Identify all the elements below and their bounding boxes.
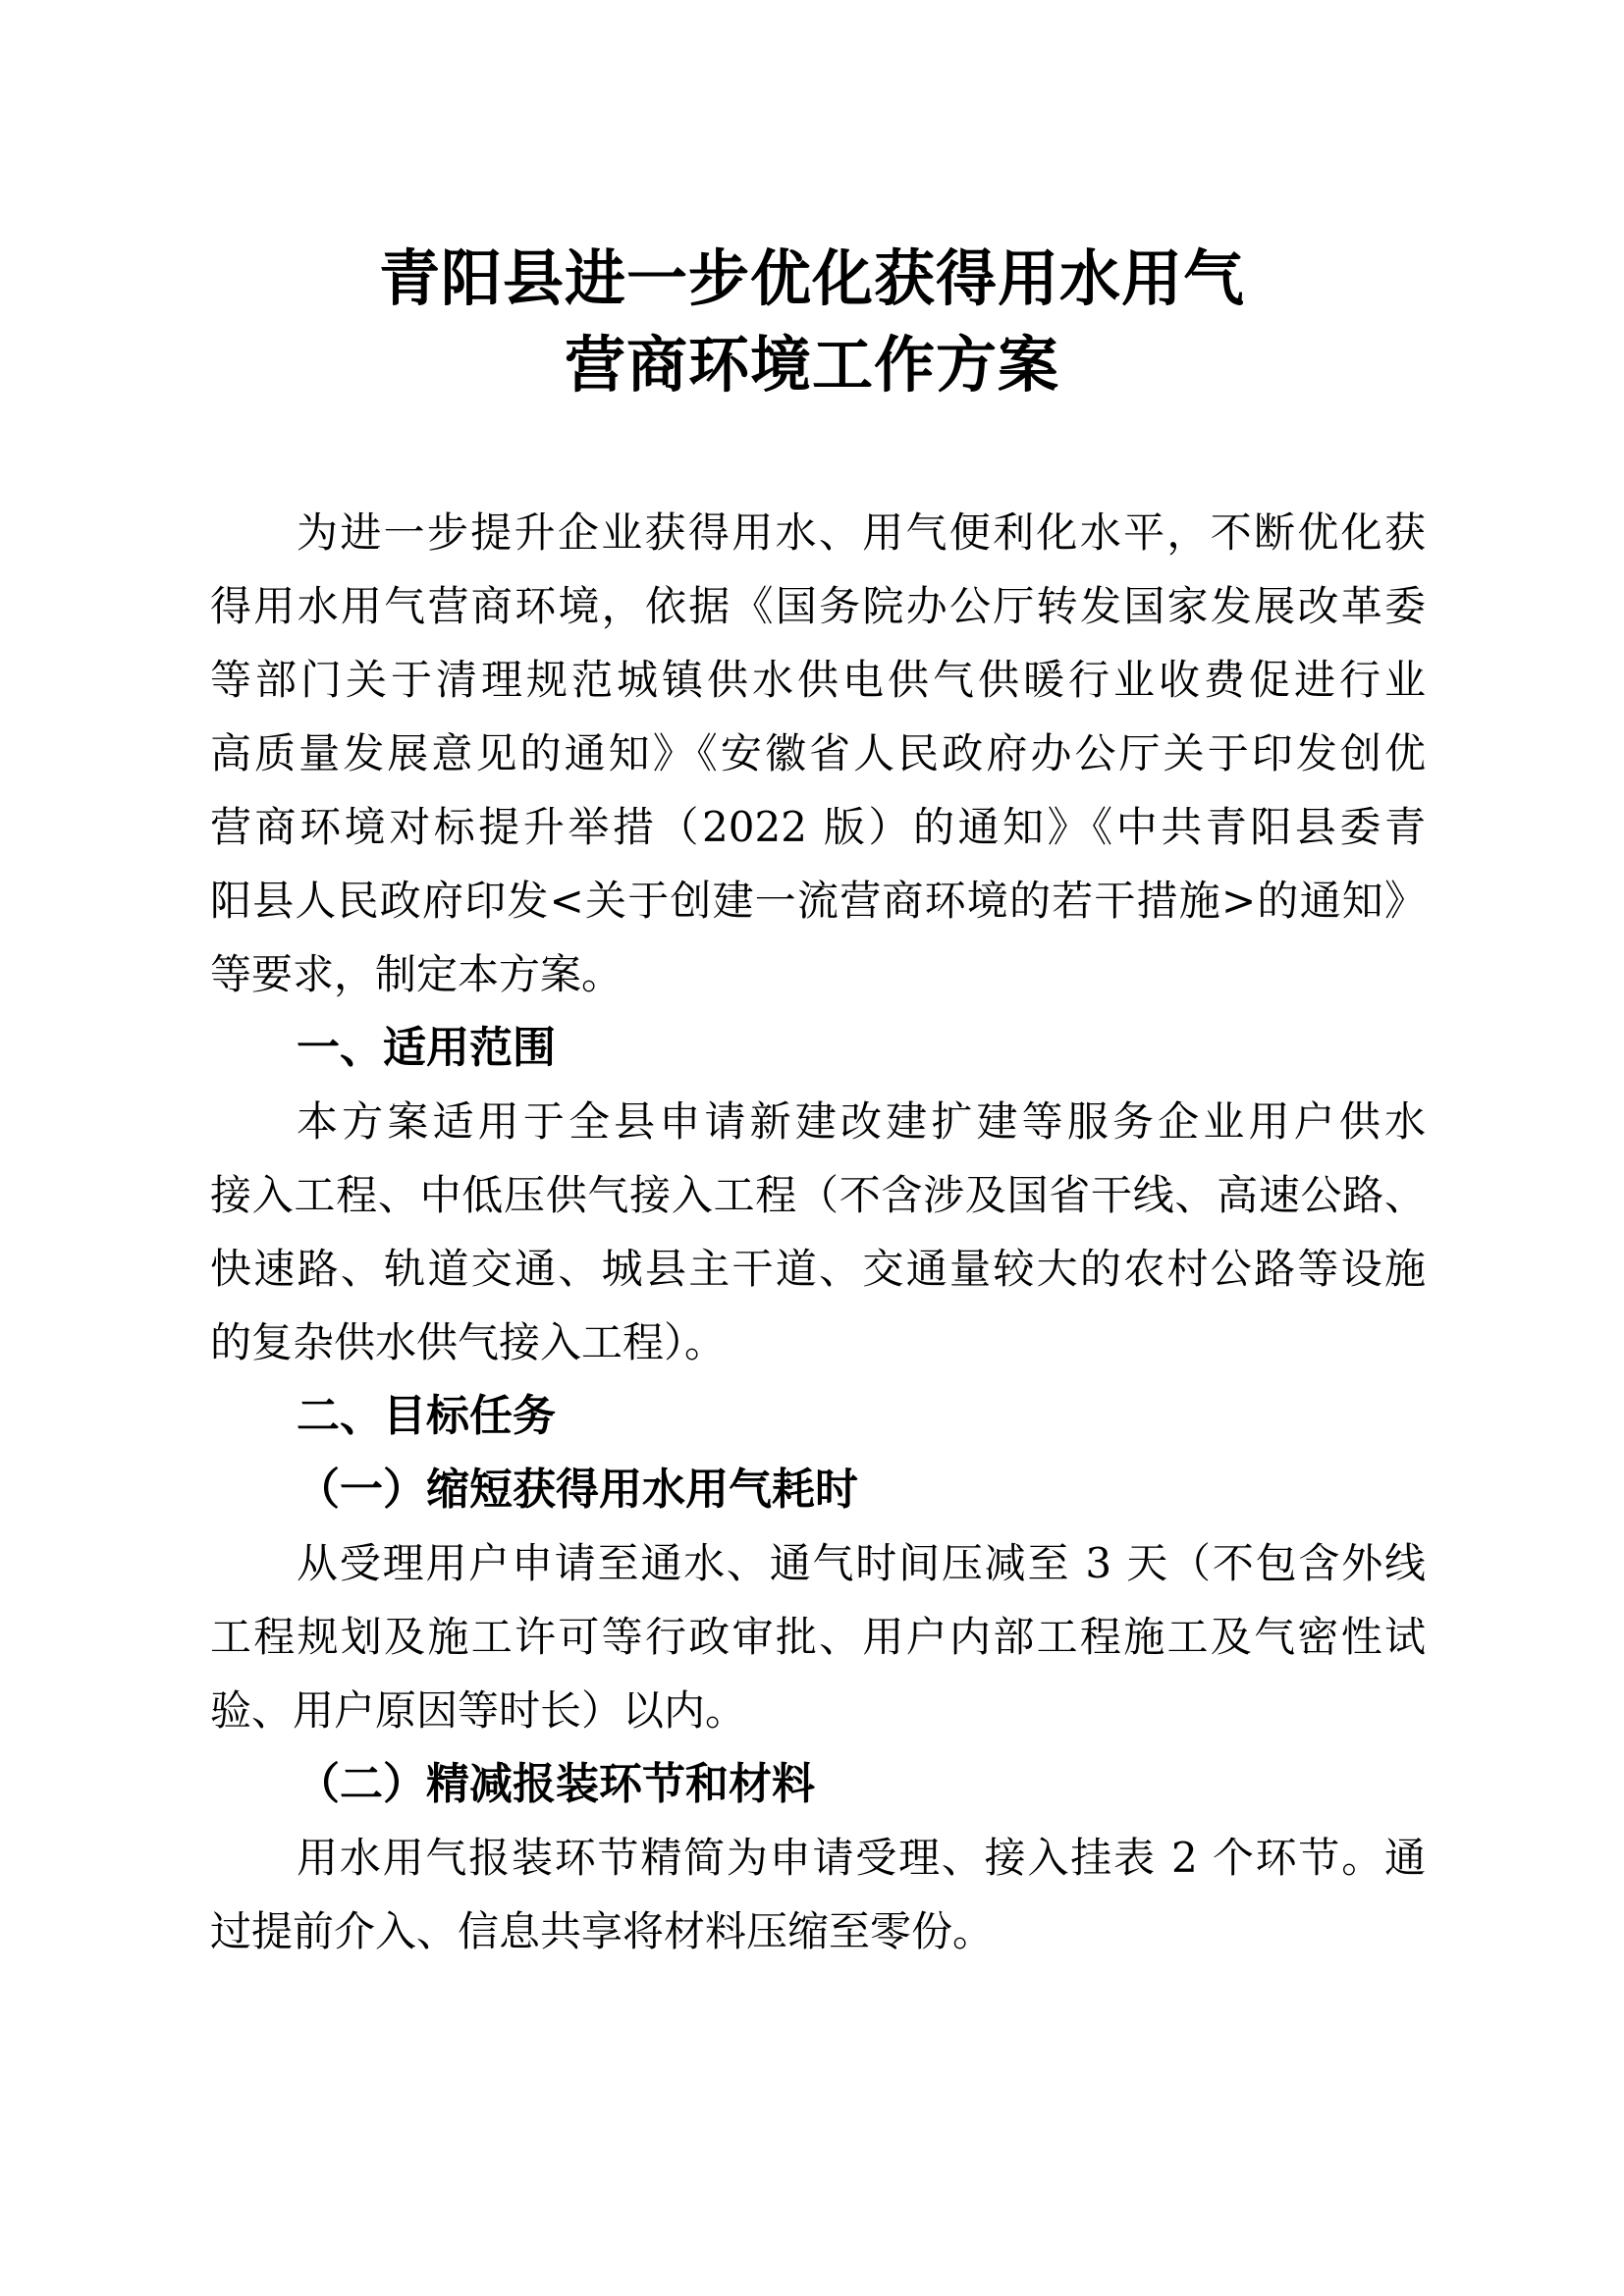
body-line-17: 验、用户原因等时长）以内。	[210, 1674, 1426, 1747]
document-title-line-2: 营商环境工作方案	[203, 322, 1421, 408]
body-line-10: 接入工程、中低压供气接入工程（不含涉及国省干线、高速公路、	[210, 1158, 1426, 1232]
body-line-6: 阳县人民政府印发<关于创建一流营商环境的若干措施>的通知》	[210, 864, 1426, 937]
body-line-2: 得用水用气营商环境，依据《国务院办公厅转发国家发展改革委	[210, 569, 1426, 643]
body-line-15: 从受理用户申请至通水、通气时间压减至 3 天（不包含外线	[210, 1526, 1426, 1600]
document-title: 青阳县进一步优化获得用水用气 营商环境工作方案	[203, 236, 1421, 408]
document-body: 为进一步提升企业获得用水、用气便利化水平，不断优化获 得用水用气营商环境，依据《…	[210, 496, 1426, 1968]
body-line-5: 营商环境对标提升举措（2022 版）的通知》《中共青阳县委青	[210, 790, 1426, 864]
document-title-line-1: 青阳县进一步优化获得用水用气	[203, 236, 1421, 322]
body-line-16: 工程规划及施工许可等行政审批、用户内部工程施工及气密性试	[210, 1600, 1426, 1674]
subheading-reduce-steps-materials: （二）精减报装环节和材料	[210, 1747, 1426, 1821]
body-line-4: 高质量发展意见的通知》《安徽省人民政府办公厅关于印发创优	[210, 717, 1426, 790]
body-line-11: 快速路、轨道交通、城县主干道、交通量较大的农村公路等设施	[210, 1232, 1426, 1306]
body-line-7: 等要求，制定本方案。	[210, 937, 1426, 1011]
heading-target-tasks: 二、目标任务	[210, 1379, 1426, 1453]
heading-applicable-scope: 一、适用范围	[210, 1011, 1426, 1085]
body-line-9: 本方案适用于全县申请新建改建扩建等服务企业用户供水	[210, 1085, 1426, 1158]
document-page: 青阳县进一步优化获得用水用气 营商环境工作方案 为进一步提升企业获得用水、用气便…	[0, 0, 1624, 2296]
body-line-19: 用水用气报装环节精简为申请受理、接入挂表 2 个环节。通	[210, 1821, 1426, 1895]
subheading-shorten-water-gas-time: （一）缩短获得用水用气耗时	[210, 1453, 1426, 1526]
body-line-1: 为进一步提升企业获得用水、用气便利化水平，不断优化获	[210, 496, 1426, 569]
body-line-12: 的复杂供水供气接入工程）。	[210, 1306, 1426, 1379]
body-line-3: 等部门关于清理规范城镇供水供电供气供暖行业收费促进行业	[210, 643, 1426, 717]
body-line-20: 过提前介入、信息共享将材料压缩至零份。	[210, 1895, 1426, 1968]
